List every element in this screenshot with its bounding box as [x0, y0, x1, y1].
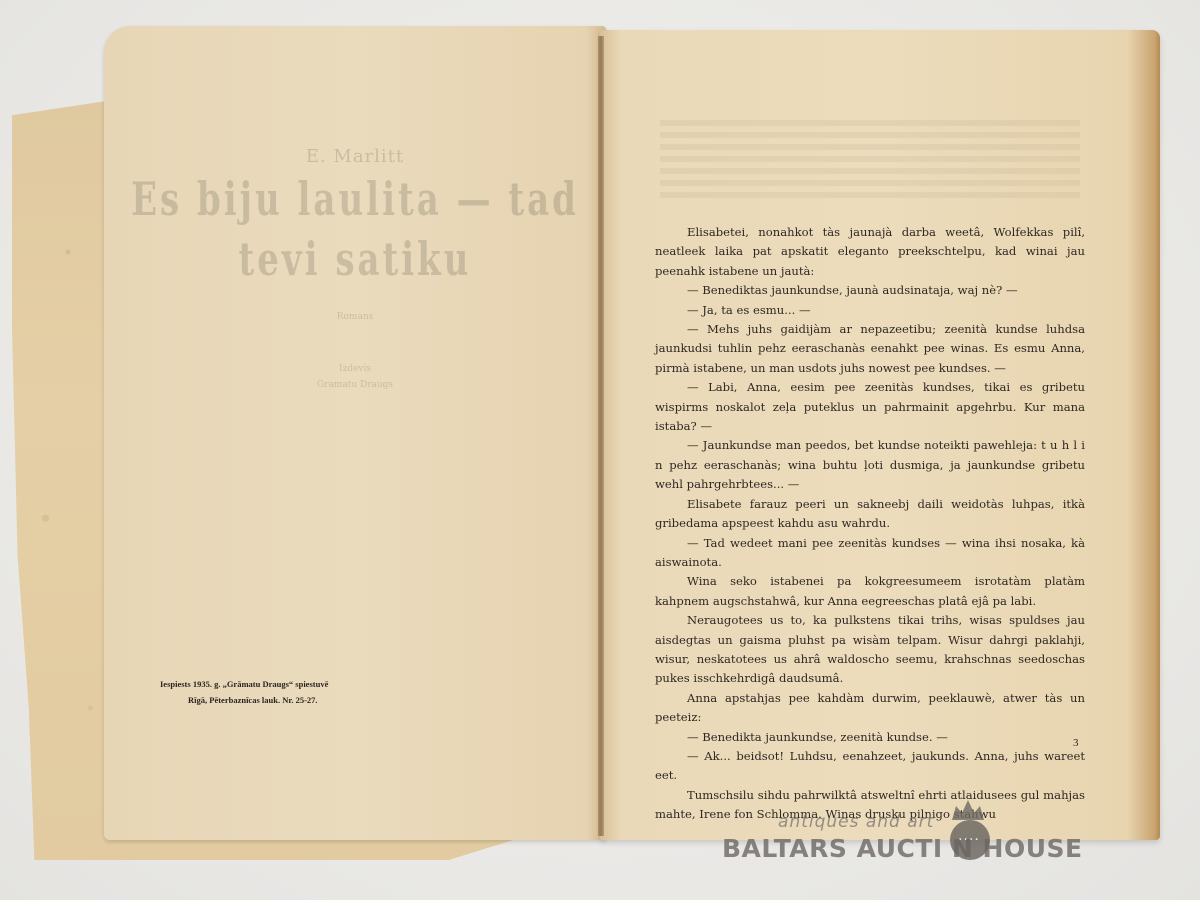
paragraph: — Tad wedeet mani pee zeenitàs kundses —…: [655, 534, 1085, 573]
paragraph: Wina seko istabenei pa kokgreesumeem isr…: [655, 572, 1085, 611]
imprint-line2: Rīgā, Pēterbaznīcas lauk. Nr. 25-27.: [160, 692, 410, 708]
paragraph: — Benediktas jaunkundse, jaunà audsinata…: [655, 281, 1085, 300]
faded-genre: Romans: [104, 312, 606, 322]
paragraph: Elisabete farauz peeri un sakneebj daili…: [655, 495, 1085, 534]
faded-title-line2: tevi satiku: [104, 233, 606, 287]
paragraph: — Mehs juhs gaidijàm ar nepazeetibu; zee…: [655, 320, 1085, 378]
paragraph: — Ja, ta es esmu... —: [655, 301, 1085, 320]
watermark-name: BALTARS AUCTI N HOUSE: [722, 834, 1083, 863]
watermark-tagline: antiques and art: [778, 812, 934, 832]
paragraph: — Ak... beidsot! Luhdsu, eenahzeet, jauk…: [655, 747, 1085, 786]
paragraph: — Labi, Anna, eesim pee zeenitàs kundses…: [655, 378, 1085, 436]
paragraph: — Jaunkundse man peedos, bet kundse note…: [655, 436, 1085, 494]
show-through-text: [660, 120, 1080, 200]
faded-title-line1: Es biju laulita — tad: [104, 173, 606, 227]
book-gutter: [598, 36, 604, 836]
faded-publisher-line1: Izdevis: [104, 364, 606, 374]
faded-author: E. Marlitt: [104, 146, 606, 167]
imprint-line1: Iespiests 1935. g. „Grāmatu Draugs“ spie…: [160, 676, 410, 692]
paragraph: Neraugotees us to, ka pulkstens tikai tr…: [655, 611, 1085, 689]
page-number: 3: [1073, 737, 1079, 749]
page-body-text: Elisabetei, nonahkot tàs jaunajà darba w…: [655, 223, 1085, 825]
paragraph: Anna apstahjas pee kahdàm durwim, peekla…: [655, 689, 1085, 728]
paragraph: — Benedikta jaunkundse, zeenità kundse. …: [655, 728, 1085, 747]
watermark: antiques and art BALTARS AUCTI N HOUSE: [722, 812, 1122, 872]
crown-icon: [950, 798, 986, 822]
faded-publisher-line2: Gramatu Draugs: [104, 380, 606, 390]
printer-imprint: Iespiests 1935. g. „Grāmatu Draugs“ spie…: [160, 676, 410, 708]
paragraph: Elisabetei, nonahkot tàs jaunajà darba w…: [655, 223, 1085, 281]
